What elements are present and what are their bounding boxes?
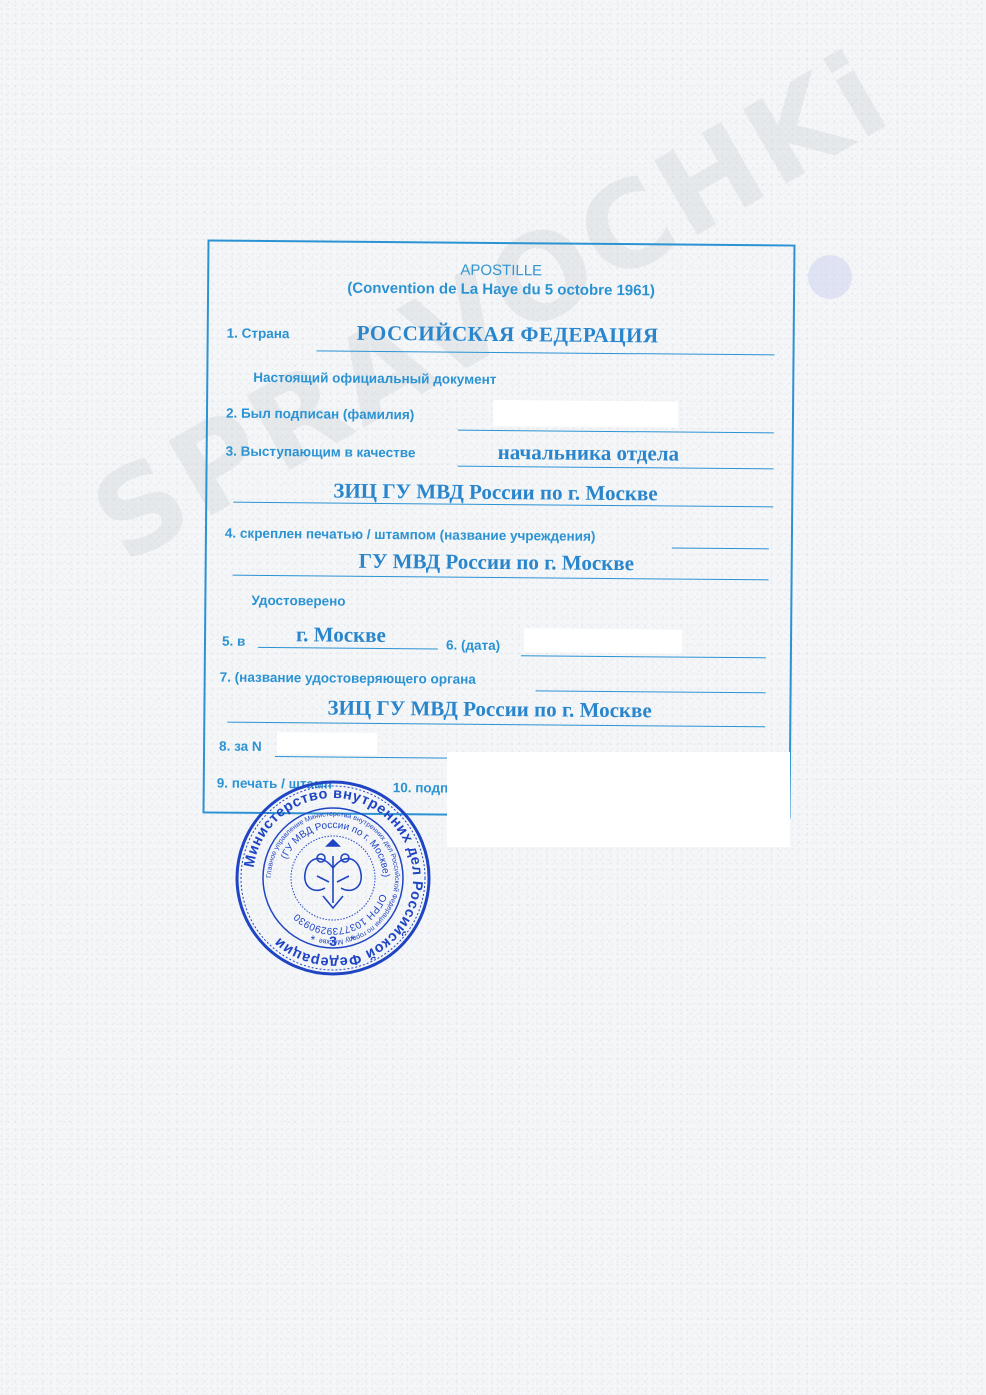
field-8-label: 8. за N [219, 739, 262, 754]
field-2-line [458, 430, 774, 434]
seal-star-left: * [311, 933, 316, 947]
field-1-label: 1. Страна [227, 326, 290, 342]
seal-svg: Министерство внутренних дел Российской Ф… [233, 778, 433, 978]
field-4-value: ГУ МВД России по г. Москве [359, 549, 635, 576]
field-7-line [536, 690, 766, 693]
field-2-label: 2. Был подписан (фамилия) [226, 406, 414, 423]
field-6-line [521, 655, 766, 658]
field-4-line-2 [233, 575, 769, 581]
field-7-value: ЗИЦ ГУ МВД России по г. Москве [327, 696, 652, 724]
field-6-label: 6. (дата) [446, 638, 500, 653]
seal-star-right: * [351, 933, 356, 947]
field-1-value: РОССИЙСКАЯ ФЕДЕРАЦИЯ [357, 321, 659, 349]
field-3-line [458, 466, 774, 470]
coat-of-arms-icon [305, 840, 361, 908]
field-1-line [317, 350, 775, 355]
apostille-subtitle: (Convention de La Haye du 5 octobre 1961… [209, 278, 793, 300]
redaction-signer [493, 400, 678, 428]
redaction-date [524, 628, 682, 653]
seal-number: 3 [329, 933, 337, 949]
field-5-label: 5. в [222, 634, 245, 649]
redaction-signature [447, 752, 790, 847]
field-7-label: 7. (название удостоверяющего органа [220, 670, 476, 687]
field-3-value-2: ЗИЦ ГУ МВД России по г. Москве [333, 479, 658, 507]
field-3-value: начальника отдела [498, 440, 680, 467]
apostille-stamp: APOSTILLE (Convention de La Haye du 5 oc… [203, 239, 796, 818]
field-7-line-2 [227, 722, 765, 728]
redaction-number [277, 732, 377, 755]
field-3-label: 3. Выступающим в качестве [226, 444, 416, 461]
watermark-dot [808, 255, 852, 299]
certified-text: Удостоверено [251, 593, 345, 609]
field-4-line [672, 548, 769, 550]
intro-text: Настоящий официальный документ [253, 370, 496, 387]
official-seal: Министерство внутренних дел Российской Ф… [233, 778, 433, 978]
field-4-label: 4. скреплен печатью / штампом (название … [225, 526, 596, 544]
field-5-value: г. Москве [296, 622, 386, 648]
